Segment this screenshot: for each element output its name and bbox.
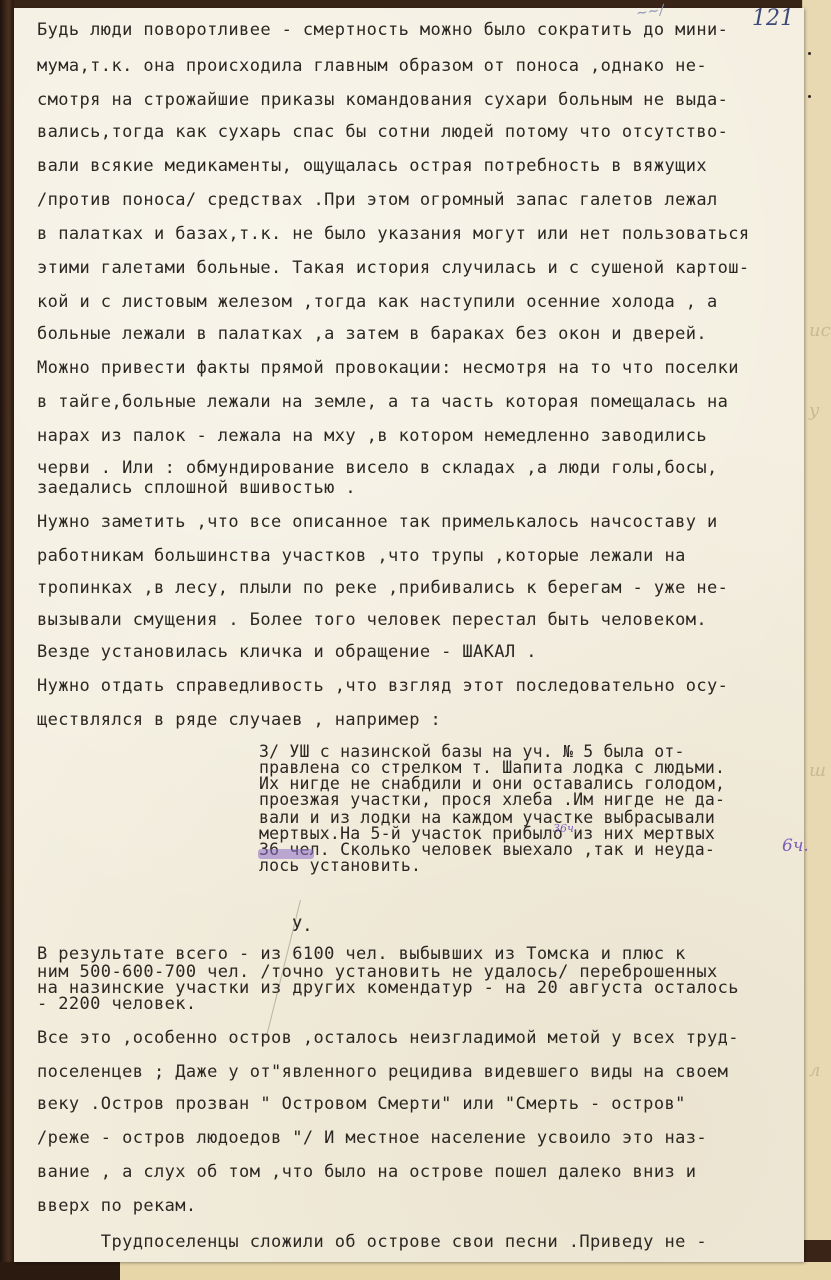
text-line: Трудпоселенцы сложили об острове свои пе… bbox=[37, 1232, 707, 1252]
text-line: Нужно заметить ,что все описанное так пр… bbox=[37, 512, 718, 532]
inline-handwritten-annotation: 36ч. bbox=[553, 822, 577, 835]
text-line: вание , а слух об том ,что было на остро… bbox=[37, 1162, 696, 1182]
text-line: лось установить. bbox=[259, 858, 421, 874]
text-line: /против поноса/ средствах .При этом огро… bbox=[37, 190, 718, 210]
text-line: Будь люди поворотливее - смертность можн… bbox=[37, 20, 728, 40]
margin-dot bbox=[808, 52, 811, 55]
text-line: этими галетами больные. Такая история сл… bbox=[37, 258, 750, 278]
text-line: /реже - остров людоедов "/ И местное нас… bbox=[37, 1128, 707, 1148]
page-bottom-edge bbox=[0, 1262, 831, 1280]
text-line: Везде установилась кличка и обращение - … bbox=[37, 642, 537, 662]
text-line: - 2200 человек. bbox=[37, 994, 197, 1014]
margin-dot bbox=[808, 95, 811, 98]
margin-handwritten-annotation: 6ч. bbox=[782, 836, 809, 856]
text-line: вызывали смущения . Более того человек п… bbox=[37, 610, 707, 630]
underlying-page-edge: ис у ш л bbox=[802, 0, 831, 1240]
text-line: Нужно отдать справедливость ,что взгляд … bbox=[37, 676, 728, 696]
faded-handwriting: у bbox=[809, 400, 819, 421]
text-line: в тайге,больные лежали на земле, а та ча… bbox=[37, 392, 728, 412]
faded-handwriting: ис bbox=[809, 320, 831, 341]
text-line: кой и с листовым железом ,тогда как наст… bbox=[37, 292, 718, 312]
text-line: тропинках ,в лесу, плыли по реке ,прибив… bbox=[37, 578, 728, 598]
text-line: ществлялся в ряде случаев , например : bbox=[37, 710, 441, 730]
faded-handwriting: л bbox=[809, 1060, 820, 1081]
text-line: смотря на строжайшие приказы командовани… bbox=[37, 90, 728, 110]
text-line: мума,т.к. она происходила главным образо… bbox=[37, 56, 707, 76]
text-line: веку .Остров прозван " Островом Смерти" … bbox=[37, 1094, 686, 1114]
text-line: поселенцев ; Даже у от"явленного рецидив… bbox=[37, 1062, 728, 1082]
book-binding bbox=[0, 0, 14, 1280]
text-line: Все это ,особенно остров ,осталось неизг… bbox=[37, 1028, 739, 1048]
faded-handwriting: ш bbox=[809, 760, 826, 781]
text-line: вверх по рекам. bbox=[37, 1196, 197, 1216]
text-line: вались,тогда как сухарь спас бы сотни лю… bbox=[37, 122, 728, 142]
text-line: черви . Или : обмундирование висело в ск… bbox=[37, 458, 718, 478]
text-line: заедались сплошной вшивостью . bbox=[37, 478, 356, 498]
folio-number: 121 bbox=[752, 6, 794, 31]
text-line: больные лежали в палатках ,а затем в бар… bbox=[37, 324, 707, 344]
text-line: вали всякие медикаменты, ощущалась остра… bbox=[37, 156, 707, 176]
text-line: нарах из палок - лежала на мху ,в которо… bbox=[37, 426, 707, 446]
text-line: в палатках и базах,т.к. не было указания… bbox=[37, 224, 750, 244]
text-line: Можно привести факты прямой провокации: … bbox=[37, 358, 739, 378]
text-line: работникам большинства участков ,что тру… bbox=[37, 546, 686, 566]
text-line: В результате всего - из 6100 чел. выбывш… bbox=[37, 944, 686, 964]
strikethrough-mark bbox=[258, 849, 314, 859]
text-line: проезжая участки, прося хлеба .Им нигде … bbox=[259, 792, 725, 808]
